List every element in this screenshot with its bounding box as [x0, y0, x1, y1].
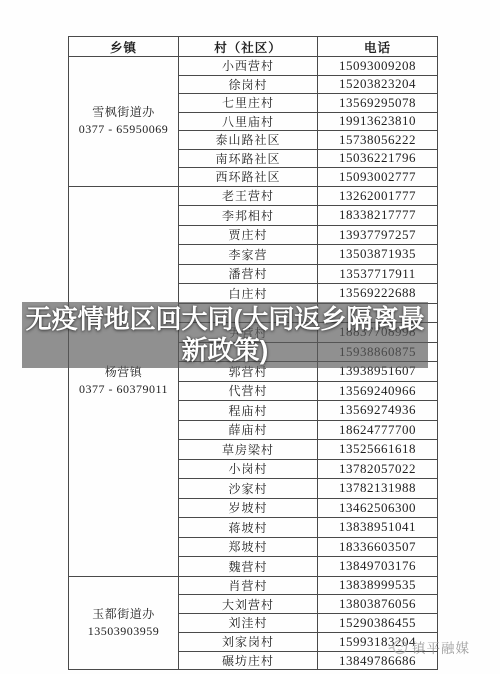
phone-cell: 15036221796: [318, 149, 438, 168]
village-cell: 贾庄村: [179, 225, 318, 245]
township-name: 雪枫街道办: [69, 104, 178, 121]
phone-cell: 13838999535: [318, 576, 438, 595]
phone-cell: 13937797257: [318, 225, 438, 245]
table-row: 杨营镇0377 - 60379011老王营村13262001777: [69, 186, 438, 206]
phone-cell: 13537717911: [318, 264, 438, 284]
village-cell: 李邦相村: [179, 206, 318, 226]
village-cell: 南环路社区: [179, 149, 318, 168]
village-cell: 沙家村: [179, 479, 318, 499]
phone-cell: 19913623810: [318, 112, 438, 131]
village-cell: 大刘营村: [179, 595, 318, 614]
township-cell: 玉都街道办13503903959: [69, 576, 179, 670]
screenshot-root: 乡镇 村（社区） 电话 雪枫街道办0377 - 65950069小西营村1509…: [0, 0, 500, 674]
phone-cell: 15093002777: [318, 168, 438, 187]
phone-cell: 13569274936: [318, 401, 438, 421]
phone-cell: 13569222688: [318, 284, 438, 304]
headline-line1: 无疫情地区回大同(大同返乡隔离最: [22, 304, 428, 335]
phone-cell: 13525661618: [318, 440, 438, 460]
village-cell: 薛庙村: [179, 420, 318, 440]
phone-cell: 18338217777: [318, 206, 438, 226]
phone-cell: 13569240966: [318, 381, 438, 401]
village-cell: 七里庄村: [179, 94, 318, 113]
header-village: 村（社区）: [179, 37, 318, 57]
village-cell: 刘洼村: [179, 614, 318, 633]
village-cell: 魏营村: [179, 557, 318, 577]
headline-line2: 新政策): [22, 335, 428, 366]
village-cell: 肖营村: [179, 576, 318, 595]
village-cell: 西环路社区: [179, 168, 318, 187]
table-row: 玉都街道办13503903959肖营村13838999535: [69, 576, 438, 595]
village-cell: 老王营村: [179, 186, 318, 206]
phone-cell: 13803876056: [318, 595, 438, 614]
village-cell: 小岗村: [179, 459, 318, 479]
village-cell: 八里庙村: [179, 112, 318, 131]
watermark-text: 镇平融媒: [412, 637, 470, 657]
phone-cell: 13782057022: [318, 459, 438, 479]
watermark-face-logo-icon: [388, 637, 412, 657]
village-cell: 李家营: [179, 245, 318, 265]
phone-cell: 13503871935: [318, 245, 438, 265]
village-cell: 郑坡村: [179, 537, 318, 557]
village-cell: 潘营村: [179, 264, 318, 284]
phone-cell: 15738056222: [318, 131, 438, 150]
phone-cell: 15290386455: [318, 614, 438, 633]
phone-cell: 13462506300: [318, 498, 438, 518]
village-cell: 刘家岗村: [179, 632, 318, 651]
township-phone: 0377 - 65950069: [69, 121, 178, 138]
village-cell: 白庄村: [179, 284, 318, 304]
headline-banner: 无疫情地区回大同(大同返乡隔离最 新政策): [22, 302, 428, 368]
phone-cell: 13838951041: [318, 518, 438, 538]
village-cell: 小西营村: [179, 57, 318, 76]
phone-cell: 13782131988: [318, 479, 438, 499]
township-cell: 雪枫街道办0377 - 65950069: [69, 57, 179, 187]
phone-cell: 15203823204: [318, 75, 438, 94]
phone-cell: 15093009208: [318, 57, 438, 76]
header-phone: 电话: [318, 37, 438, 57]
header-township: 乡镇: [69, 37, 179, 57]
village-cell: 蒋坡村: [179, 518, 318, 538]
village-cell: 程庙村: [179, 401, 318, 421]
village-cell: 草房梁村: [179, 440, 318, 460]
township-phone: 13503903959: [69, 623, 178, 640]
township-name: 玉都街道办: [69, 606, 178, 623]
phone-cell: 18624777700: [318, 420, 438, 440]
village-cell: 岁坡村: [179, 498, 318, 518]
phone-cell: 13262001777: [318, 186, 438, 206]
township-phone: 0377 - 60379011: [69, 381, 178, 398]
phone-cell: 18336603507: [318, 537, 438, 557]
township-cell: 杨营镇0377 - 60379011: [69, 186, 179, 576]
village-cell: 泰山路社区: [179, 131, 318, 150]
village-cell: 徐岗村: [179, 75, 318, 94]
table-row: 雪枫街道办0377 - 65950069小西营村15093009208: [69, 57, 438, 76]
village-cell: 碾坊庄村: [179, 651, 318, 670]
village-cell: 代营村: [179, 381, 318, 401]
phone-cell: 13569295078: [318, 94, 438, 113]
media-watermark: 镇平融媒: [388, 637, 470, 657]
table-header-row: 乡镇 村（社区） 电话: [69, 37, 438, 57]
phone-cell: 13849703176: [318, 557, 438, 577]
